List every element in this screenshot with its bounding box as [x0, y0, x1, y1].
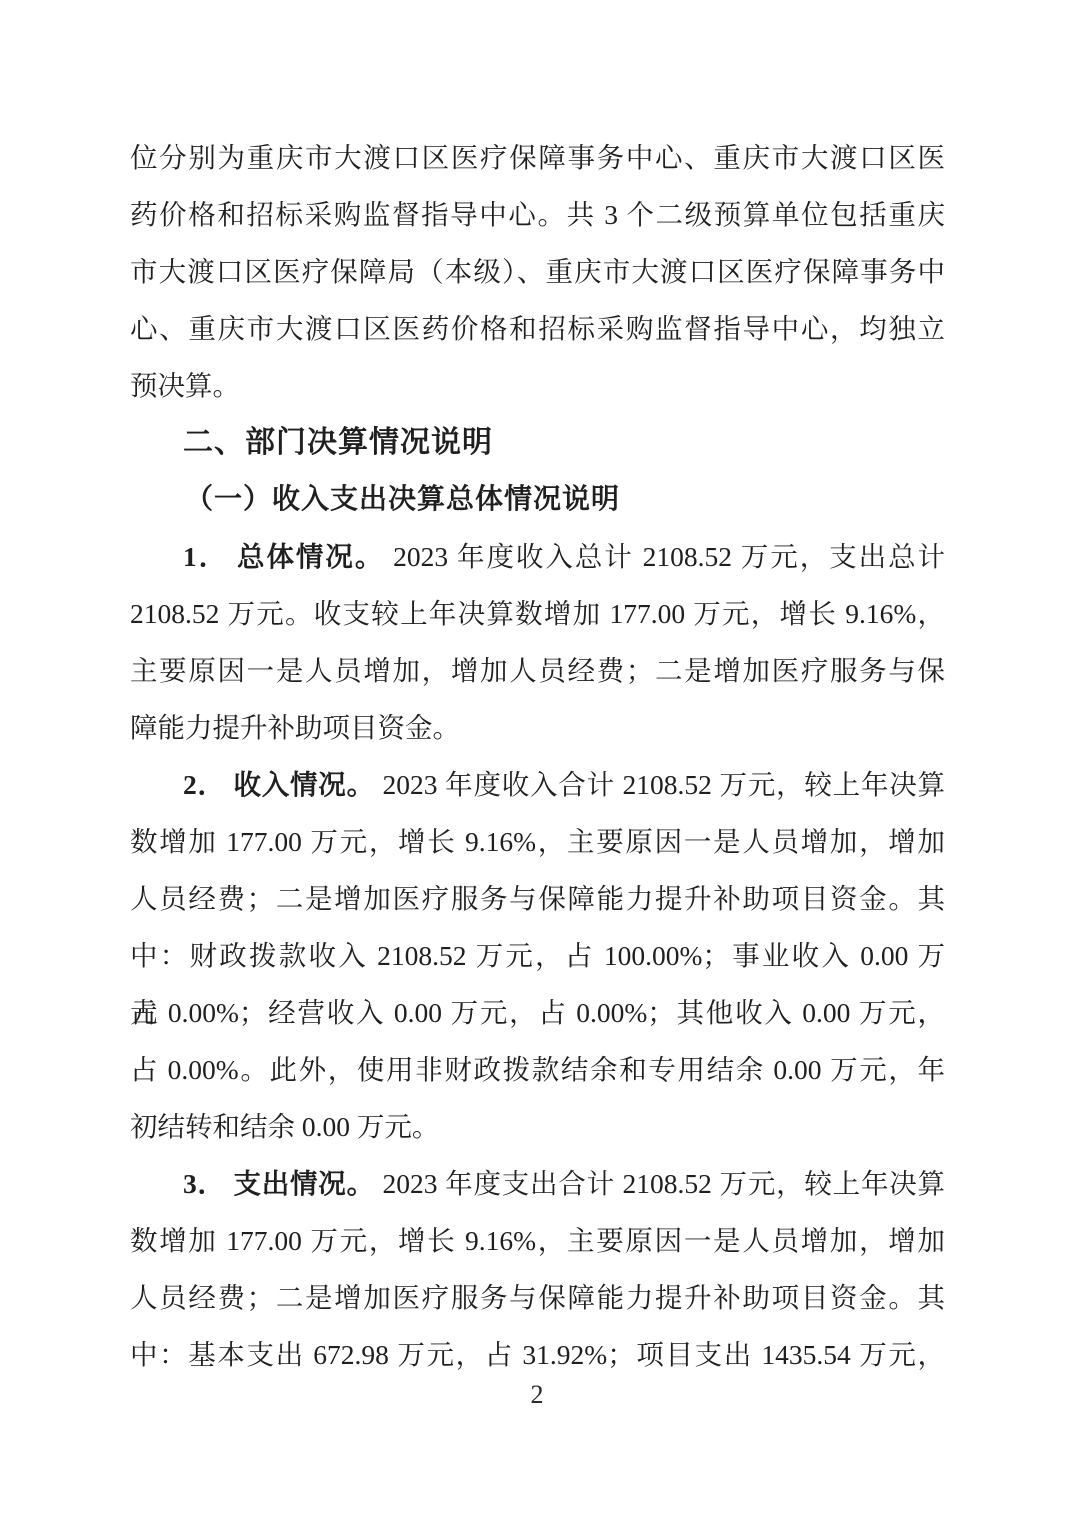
text-line: 中：基本支出 672.98 万元，占 31.92%；项目支出 1435.54 万…: [130, 1326, 945, 1383]
text-line: 占 0.00%。此外，使用非财政拨款结余和专用结余 0.00 万元，年: [130, 1041, 945, 1098]
text-line: 位分别为重庆市大渡口区医疗保障事务中心、重庆市大渡口区医: [130, 129, 945, 186]
paragraph-item-2: 2． 收入情况。 2023 年度收入合计 2108.52 万元，较上年决算 数增…: [130, 756, 945, 1155]
text-line: 障能力提升补助项目资金。: [130, 699, 945, 756]
text-line: 心、重庆市大渡口区医药价格和招标采购监督指导中心，均独立: [130, 300, 945, 357]
text-line: 主要原因一是人员增加，增加人员经费；二是增加医疗服务与保: [130, 642, 945, 699]
item-number: 2．: [183, 769, 226, 800]
item-text: 2023 年度收入总计 2108.52 万元，支出总计: [393, 541, 945, 572]
item-lead: 支出情况。: [233, 1168, 374, 1199]
text-line: 数增加 177.00 万元，增长 9.16%，主要原因一是人员增加，增加: [130, 1212, 945, 1269]
item-number: 1．: [183, 541, 228, 572]
text-line: 人员经费；二是增加医疗服务与保障能力提升补助项目资金。其: [130, 1269, 945, 1326]
text-line: 预决算。: [130, 357, 945, 414]
text-line: 1． 总体情况。 2023 年度收入总计 2108.52 万元，支出总计: [130, 528, 945, 585]
paragraph-item-3: 3． 支出情况。 2023 年度支出合计 2108.52 万元，较上年决算 数增…: [130, 1155, 945, 1383]
text-line: 3． 支出情况。 2023 年度支出合计 2108.52 万元，较上年决算: [130, 1155, 945, 1212]
item-text: 2023 年度支出合计 2108.52 万元，较上年决算: [383, 1168, 945, 1199]
text-line: 2． 收入情况。 2023 年度收入合计 2108.52 万元，较上年决算: [130, 756, 945, 813]
text-line: 市大渡口区医疗保障局（本级）、重庆市大渡口区医疗保障事务中: [130, 243, 945, 300]
paragraph-continuation: 位分别为重庆市大渡口区医疗保障事务中心、重庆市大渡口区医 药价格和招标采购监督指…: [130, 129, 945, 414]
item-lead: 总体情况。: [237, 541, 384, 572]
text-line: 中：财政拨款收入 2108.52 万元，占 100.00%；事业收入 0.00 …: [130, 927, 945, 984]
item-number: 3．: [183, 1168, 226, 1199]
text-line: 初结转和结余 0.00 万元。: [130, 1098, 945, 1155]
text-line: 数增加 177.00 万元，增长 9.16%，主要原因一是人员增加，增加: [130, 813, 945, 870]
item-lead: 收入情况。: [233, 769, 374, 800]
text-line: 人员经费；二是增加医疗服务与保障能力提升补助项目资金。其: [130, 870, 945, 927]
subsection-heading: （一）收入支出决算总体情况说明: [130, 471, 945, 528]
item-text: 2023 年度收入合计 2108.52 万元，较上年决算: [383, 769, 945, 800]
text-line: 2108.52 万元。收支较上年决算数增加 177.00 万元，增长 9.16%…: [130, 585, 945, 642]
text-line: 药价格和招标采购监督指导中心。共 3 个二级预算单位包括重庆: [130, 186, 945, 243]
section-heading: 二、部门决算情况说明: [130, 414, 945, 471]
text-line: 占 0.00%；经营收入 0.00 万元，占 0.00%；其他收入 0.00 万…: [130, 984, 945, 1041]
document-body: 位分别为重庆市大渡口区医疗保障事务中心、重庆市大渡口区医 药价格和招标采购监督指…: [130, 129, 945, 1383]
document-page: 位分别为重庆市大渡口区医疗保障事务中心、重庆市大渡口区医 药价格和招标采购监督指…: [0, 0, 1074, 1520]
page-number: 2: [0, 1380, 1074, 1410]
paragraph-item-1: 1． 总体情况。 2023 年度收入总计 2108.52 万元，支出总计 210…: [130, 528, 945, 756]
